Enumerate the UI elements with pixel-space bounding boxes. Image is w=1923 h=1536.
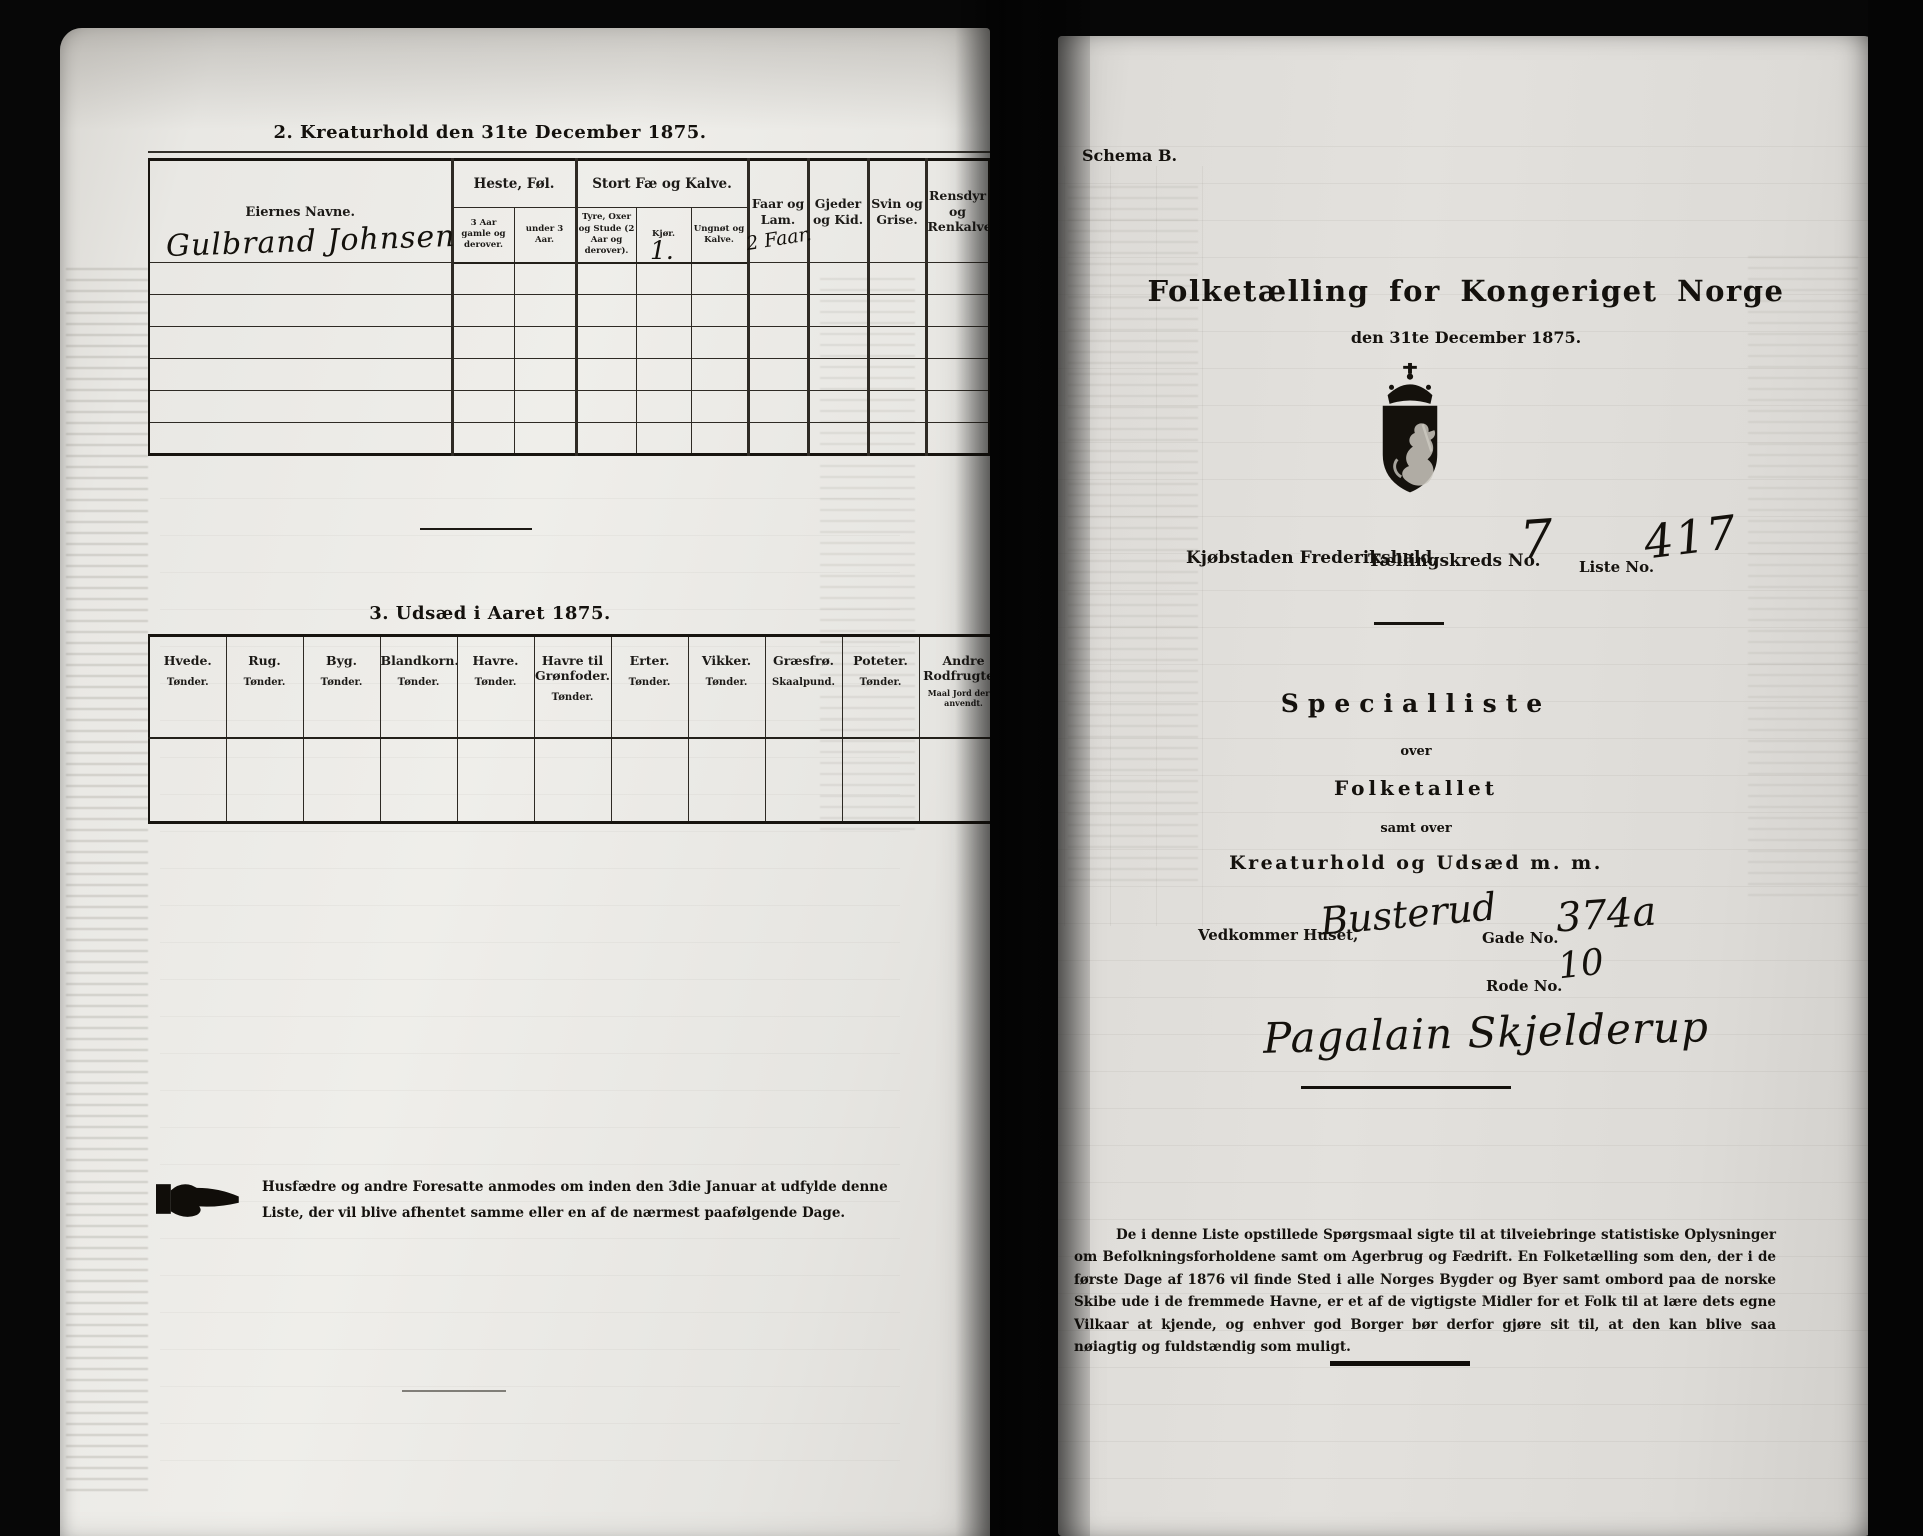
handwritten-district-number: 7 bbox=[1518, 509, 1555, 571]
handwritten-kjor-count: 1. bbox=[650, 236, 674, 265]
col-byg-header: Byg.Tønder. bbox=[303, 636, 380, 739]
table-cell bbox=[452, 359, 514, 391]
closing-rule bbox=[1330, 1361, 1470, 1366]
col-havre-header: Havre.Tønder. bbox=[457, 636, 534, 739]
table-cell bbox=[514, 295, 576, 327]
table-cell bbox=[452, 391, 514, 423]
table-cell bbox=[149, 391, 452, 423]
rode-label: Rode No. bbox=[1486, 977, 1562, 995]
specialliste-folketallet: Folketallet bbox=[1058, 776, 1774, 800]
table-cell bbox=[808, 327, 868, 359]
table-cell bbox=[149, 263, 452, 295]
table-cell bbox=[576, 391, 636, 423]
handwritten-rode-number: 10 bbox=[1556, 942, 1606, 988]
table-cell bbox=[611, 738, 688, 823]
col-rodfrugter-header: Andre Rodfrugter.Maal Jord dertil anvend… bbox=[919, 636, 990, 739]
table-cell bbox=[748, 423, 808, 455]
table-row bbox=[149, 263, 989, 295]
table-cell bbox=[691, 263, 748, 295]
col-svin-header: Svin og Grise. bbox=[868, 160, 926, 263]
faint-pencil-line bbox=[402, 1390, 506, 1392]
col-vikker-header: Vikker.Tønder. bbox=[688, 636, 765, 739]
table-cell bbox=[842, 738, 919, 823]
col-erter-header: Erter.Tønder. bbox=[611, 636, 688, 739]
table-cell bbox=[380, 738, 457, 823]
table-cell bbox=[919, 738, 990, 823]
left-page: 2. Kreaturhold den 31te December 1875. E… bbox=[60, 28, 990, 1536]
table-cell bbox=[636, 327, 691, 359]
table-cell bbox=[748, 295, 808, 327]
table-cell bbox=[868, 359, 926, 391]
handwritten-house-name: Busterud bbox=[1318, 884, 1498, 943]
district-label: Tællingskreds No. bbox=[1368, 551, 1541, 571]
table-cell bbox=[149, 359, 452, 391]
table-cell bbox=[149, 327, 452, 359]
table-cell bbox=[226, 738, 303, 823]
table-cell bbox=[576, 359, 636, 391]
table-cell bbox=[808, 391, 868, 423]
table-cell bbox=[688, 738, 765, 823]
col-poteter-header: Poteter.Tønder. bbox=[842, 636, 919, 739]
table-cell bbox=[514, 327, 576, 359]
udsaed-empty-row bbox=[149, 738, 990, 823]
table-cell bbox=[452, 263, 514, 295]
specialliste-kreaturhold: Kreaturhold og Udsæd m. m. bbox=[1058, 852, 1774, 874]
table-cell bbox=[514, 359, 576, 391]
table-cell bbox=[691, 295, 748, 327]
table-cell bbox=[452, 327, 514, 359]
table-row bbox=[149, 391, 989, 423]
table-cell bbox=[748, 327, 808, 359]
section-divider-rule bbox=[420, 528, 532, 530]
col-gronfoder-header: Havre til Grønfoder.Tønder. bbox=[534, 636, 611, 739]
subcol-ungnot: Ungnøt og Kalve. bbox=[691, 208, 748, 263]
table-cell bbox=[576, 327, 636, 359]
table-cell bbox=[926, 327, 989, 359]
subcol-heste-over3: 3 Aar gamle og derover. bbox=[452, 208, 514, 263]
coat-of-arms-icon bbox=[1366, 362, 1454, 508]
table-row bbox=[149, 295, 989, 327]
table-top-rule bbox=[148, 151, 990, 153]
table-cell bbox=[926, 391, 989, 423]
main-title: Folketælling for Kongeriget Norge bbox=[1078, 274, 1854, 308]
table-row bbox=[149, 423, 989, 455]
table-cell bbox=[149, 295, 452, 327]
table-cell bbox=[808, 263, 868, 295]
col-blandkorn-header: Blandkorn.Tønder. bbox=[380, 636, 457, 739]
scan-right-edge bbox=[1868, 0, 1923, 1536]
table-cell bbox=[514, 391, 576, 423]
table-cell bbox=[808, 295, 868, 327]
table-cell bbox=[691, 327, 748, 359]
table-cell bbox=[748, 391, 808, 423]
table-cell bbox=[748, 359, 808, 391]
gade-label: Gade No. bbox=[1482, 929, 1558, 947]
udsaed-title: 3. Udsæd i Aaret 1875. bbox=[210, 603, 770, 624]
col-graesfro-header: Græsfrø.Skaalpund. bbox=[765, 636, 842, 739]
table-cell bbox=[765, 738, 842, 823]
table-cell bbox=[691, 423, 748, 455]
table-cell bbox=[149, 423, 452, 455]
col-rug-header: Rug.Tønder. bbox=[226, 636, 303, 739]
table-cell bbox=[691, 359, 748, 391]
table-cell bbox=[926, 263, 989, 295]
table-cell bbox=[303, 738, 380, 823]
schema-label: Schema B. bbox=[1082, 146, 1177, 165]
table-cell bbox=[534, 738, 611, 823]
table-cell bbox=[636, 359, 691, 391]
district-underline bbox=[1374, 622, 1444, 625]
specialliste-samt-over: samt over bbox=[1058, 821, 1774, 836]
table-cell bbox=[868, 391, 926, 423]
col-group-stort-fae: Stort Fæ og Kalve. bbox=[576, 160, 748, 208]
enumerator-signature: Pagalain Skjelderup bbox=[1262, 1002, 1709, 1063]
bleed-through-texture bbox=[1748, 256, 1858, 896]
udsaed-table: Hvede.Tønder. Rug.Tønder. Byg.Tønder. Bl… bbox=[148, 634, 990, 824]
table-row bbox=[149, 359, 989, 391]
table-cell bbox=[691, 391, 748, 423]
manicule-icon bbox=[152, 1178, 244, 1220]
subcol-heste-under3: under 3 Aar. bbox=[514, 208, 576, 263]
table-cell bbox=[868, 295, 926, 327]
table-cell bbox=[926, 359, 989, 391]
col-hvede-header: Hvede.Tønder. bbox=[149, 636, 226, 739]
table-cell bbox=[576, 263, 636, 295]
explanatory-paragraph: De i denne Liste opstillede Spørgsmaal s… bbox=[1074, 1224, 1776, 1358]
kreaturhold-title: 2. Kreaturhold den 31te December 1875. bbox=[210, 122, 770, 143]
table-cell bbox=[576, 423, 636, 455]
subcol-tyre-oxer: Tyre, Oxer og Stude (2 Aar og derover). bbox=[576, 208, 636, 263]
col-rensdyr-header: Rensdyr og Renkalve. bbox=[926, 160, 989, 263]
table-cell bbox=[868, 327, 926, 359]
handwritten-list-number: 417 bbox=[1641, 504, 1741, 569]
table-cell bbox=[514, 423, 576, 455]
table-cell bbox=[868, 423, 926, 455]
scanned-census-document: 2. Kreaturhold den 31te December 1875. E… bbox=[0, 0, 1923, 1536]
table-cell bbox=[457, 738, 534, 823]
table-cell bbox=[452, 423, 514, 455]
table-cell bbox=[926, 423, 989, 455]
table-cell bbox=[926, 295, 989, 327]
footnote-text: Husfædre og andre Foresatte anmodes om i… bbox=[262, 1174, 912, 1227]
specialliste-over: over bbox=[1058, 744, 1774, 759]
table-cell bbox=[576, 295, 636, 327]
udsaed-header-row: Hvede.Tønder. Rug.Tønder. Byg.Tønder. Bl… bbox=[149, 636, 990, 739]
col-gjeder-header: Gjeder og Kid. bbox=[808, 160, 868, 263]
table-cell bbox=[636, 263, 691, 295]
list-label: Liste No. bbox=[1579, 558, 1654, 576]
col-group-heste: Heste, Føl. bbox=[452, 160, 576, 208]
table-cell bbox=[636, 391, 691, 423]
table-cell bbox=[868, 263, 926, 295]
signature-underline bbox=[1301, 1086, 1511, 1089]
right-page: Schema B. Folketælling for Kongeriget No… bbox=[1058, 36, 1874, 1536]
specialliste-title: Specialliste bbox=[1058, 689, 1774, 718]
table-cell bbox=[636, 423, 691, 455]
table-cell bbox=[514, 263, 576, 295]
table-cell bbox=[149, 738, 226, 823]
table-row bbox=[149, 327, 989, 359]
subtitle-date: den 31te December 1875. bbox=[1078, 328, 1854, 347]
bleed-through-texture bbox=[66, 268, 148, 1498]
table-cell bbox=[808, 423, 868, 455]
table-cell bbox=[748, 263, 808, 295]
table-cell bbox=[452, 295, 514, 327]
kreaturhold-table: Eiernes Navne. Heste, Føl. Stort Fæ og K… bbox=[148, 158, 990, 456]
handwritten-gade-number: 374a bbox=[1555, 889, 1658, 942]
table-cell bbox=[636, 295, 691, 327]
table-cell bbox=[808, 359, 868, 391]
